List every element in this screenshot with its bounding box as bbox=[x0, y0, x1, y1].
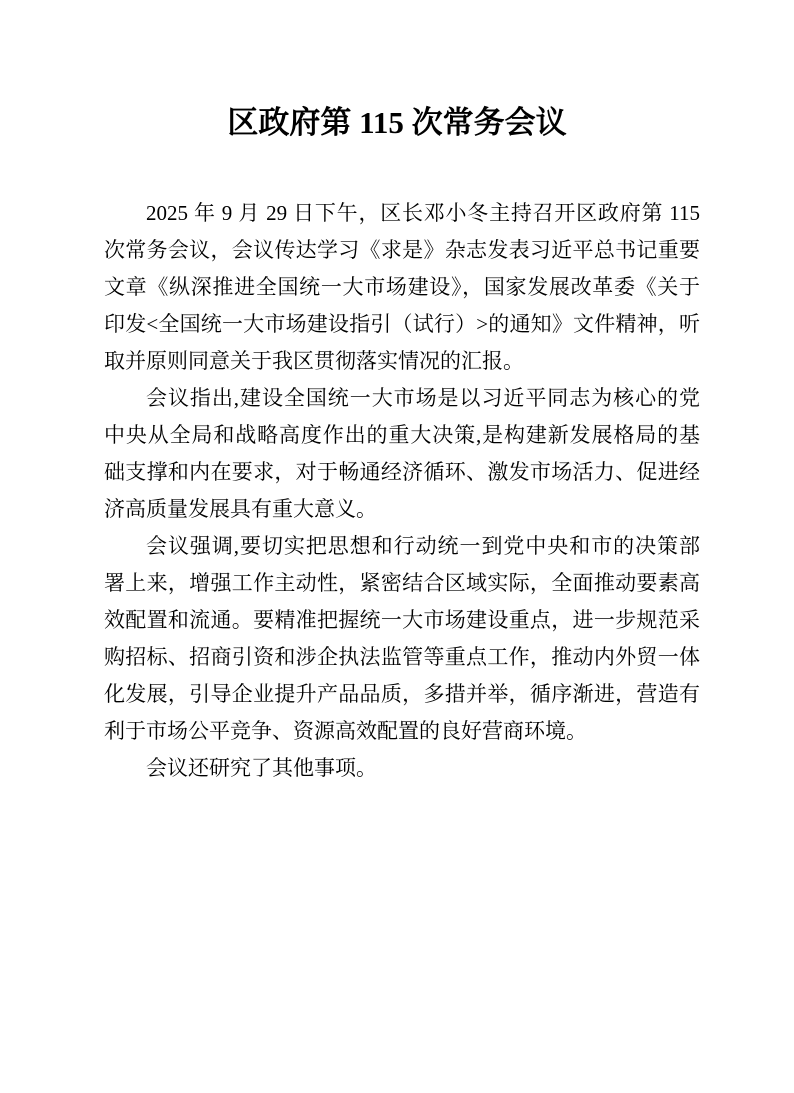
text-line: 会议强调,要切实把思想和行动统一到党中央和市的决策部 bbox=[104, 528, 700, 565]
paragraph-4: 会议还研究了其他事项。 bbox=[104, 750, 700, 787]
text-line: 会议还研究了其他事项。 bbox=[104, 750, 700, 787]
text-line: 购招标、招商引资和涉企执法监管等重点工作，推动内外贸一体 bbox=[104, 639, 700, 676]
text-line: 化发展，引导企业提升产品品质，多措并举，循序渐进，营造有 bbox=[104, 676, 700, 713]
text-line: 济高质量发展具有重大意义。 bbox=[104, 491, 700, 528]
text-line: 会议指出,建设全国统一大市场是以习近平同志为核心的党 bbox=[104, 380, 700, 417]
paragraph-3: 会议强调,要切实把思想和行动统一到党中央和市的决策部 署上来，增强工作主动性，紧… bbox=[104, 528, 700, 750]
document-page: 区政府第 115 次常务会议 2025 年 9 月 29 日下午，区长邓小冬主持… bbox=[0, 0, 794, 1093]
text-line: 中央从全局和战略高度作出的重大决策,是构建新发展格局的基 bbox=[104, 417, 700, 454]
text-line: 2025 年 9 月 29 日下午，区长邓小冬主持召开区政府第 115 bbox=[104, 195, 700, 232]
text-line: 署上来，增强工作主动性，紧密结合区域实际，全面推动要素高 bbox=[104, 565, 700, 602]
text-line: 利于市场公平竞争、资源高效配置的良好营商环境。 bbox=[104, 713, 700, 750]
document-body: 2025 年 9 月 29 日下午，区长邓小冬主持召开区政府第 115 次常务会… bbox=[0, 195, 794, 787]
paragraph-2: 会议指出,建设全国统一大市场是以习近平同志为核心的党 中央从全局和战略高度作出的… bbox=[104, 380, 700, 528]
text-line: 印发<全国统一大市场建设指引（试行）>的通知》文件精神，听 bbox=[104, 306, 700, 343]
text-line: 取并原则同意关于我区贯彻落实情况的汇报。 bbox=[104, 343, 700, 380]
text-line: 文章《纵深推进全国统一大市场建设》，国家发展改革委《关于 bbox=[104, 269, 700, 306]
paragraph-1: 2025 年 9 月 29 日下午，区长邓小冬主持召开区政府第 115 次常务会… bbox=[104, 195, 700, 380]
text-line: 础支撑和内在要求，对于畅通经济循环、激发市场活力、促进经 bbox=[104, 454, 700, 491]
text-line: 效配置和流通。要精准把握统一大市场建设重点，进一步规范采 bbox=[104, 602, 700, 639]
text-line: 次常务会议，会议传达学习《求是》杂志发表习近平总书记重要 bbox=[104, 232, 700, 269]
document-title: 区政府第 115 次常务会议 bbox=[0, 0, 794, 146]
